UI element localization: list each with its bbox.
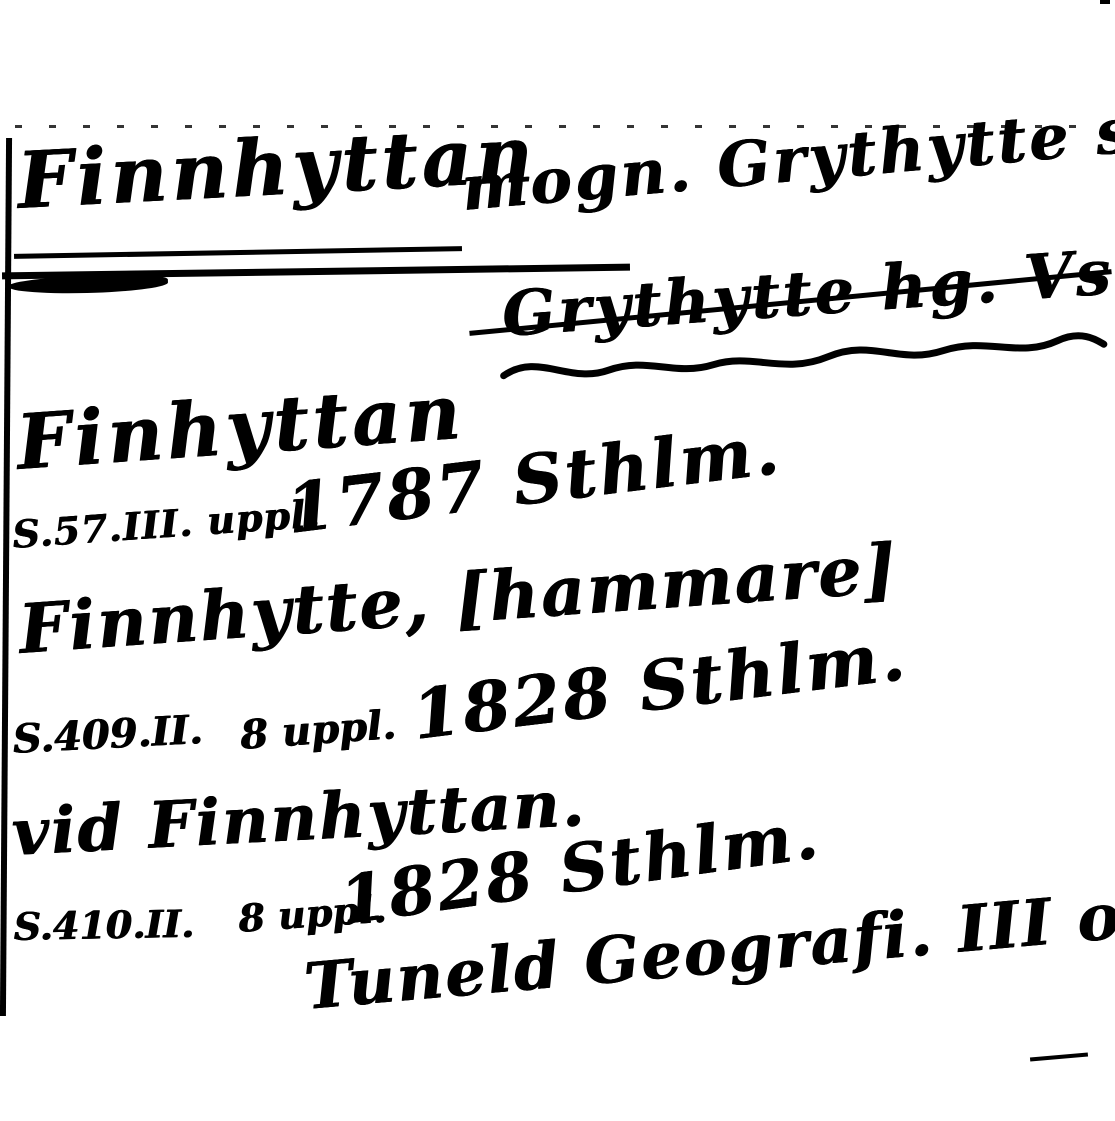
left-border-line	[0, 138, 12, 1016]
page-reference: S.410.II.	[13, 901, 194, 949]
edition-note: 8 uppl.	[239, 701, 398, 759]
headword-underline-top	[14, 246, 462, 259]
parish-annotation: mogn. Grythytte sn.	[459, 87, 1115, 225]
page-reference: S.409.II.	[12, 706, 204, 763]
archive-card-scan: Finnhyttan mogn. Grythytte sn. Grythytte…	[0, 0, 1115, 1121]
page-reference: S.57.III. uppl.	[11, 491, 322, 557]
scan-artifact-mark	[1100, 0, 1110, 4]
source-underline	[1030, 1052, 1088, 1061]
